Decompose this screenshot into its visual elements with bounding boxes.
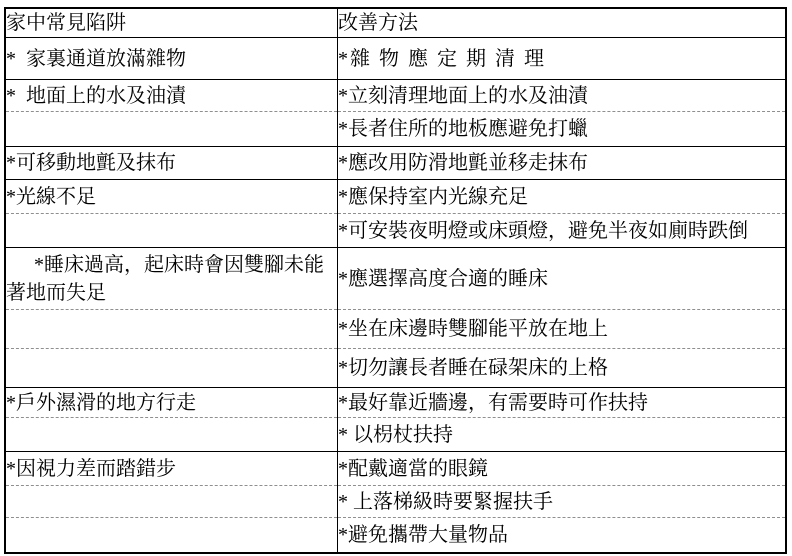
trap-cell (5, 486, 338, 518)
method-cell: *坐在床邊時雙腳能平放在地上 (338, 310, 787, 349)
trap-cell (5, 518, 338, 553)
method-cell: *最好靠近牆邊，有需要時可作扶持 (338, 388, 787, 418)
method-cell: *可安裝夜明燈或床頭燈，避免半夜如廁時跌倒 (338, 214, 787, 248)
method-cell: *配戴適當的眼鏡 (338, 452, 787, 486)
trap-cell: *戶外濕滑的地方行走 (5, 388, 338, 418)
table-row: *可移動地氈及抹布 *應改用防滑地氈並移走抹布 (5, 147, 786, 180)
table-header-row: 家中常見陷阱 改善方法 (5, 8, 786, 38)
method-column-header: 改善方法 (338, 8, 787, 38)
document-page: 家中常見陷阱 改善方法 * 家裏通道放滿雜物 *雜 物 應 定 期 清 理 * … (4, 7, 787, 554)
trap-cell: *睡床過高，起床時會因雙腳未能 著地而失足 (5, 248, 338, 310)
table-row: *因視力差而踏錯步 *配戴適當的眼鏡 (5, 452, 786, 486)
method-cell: *應保持室内光線充足 (338, 180, 787, 214)
trap-cell: * 家裏通道放滿雜物 (5, 38, 338, 80)
table-row: *睡床過高，起床時會因雙腳未能 著地而失足 *應選擇高度合適的睡床 (5, 248, 786, 310)
method-cell: *應改用防滑地氈並移走抹布 (338, 147, 787, 180)
trap-cell (5, 349, 338, 388)
trap-cell (5, 418, 338, 452)
table-row: * 家裏通道放滿雜物 *雜 物 應 定 期 清 理 (5, 38, 786, 80)
table-row: *坐在床邊時雙腳能平放在地上 (5, 310, 786, 349)
table-row: * 地面上的水及油漬 *立刻清理地面上的水及油漬 (5, 80, 786, 112)
trap-cell (5, 112, 338, 147)
method-cell: *避免攜帶大量物品 (338, 518, 787, 553)
table-row: *戶外濕滑的地方行走 *最好靠近牆邊，有需要時可作扶持 (5, 388, 786, 418)
table-row: * 上落梯級時要緊握扶手 (5, 486, 786, 518)
trap-cell: *因視力差而踏錯步 (5, 452, 338, 486)
method-cell: *應選擇高度合適的睡床 (338, 248, 787, 310)
home-hazards-table: 家中常見陷阱 改善方法 * 家裏通道放滿雜物 *雜 物 應 定 期 清 理 * … (4, 7, 787, 554)
trap-column-header: 家中常見陷阱 (5, 8, 338, 38)
table-row: * 以枴杖扶持 (5, 418, 786, 452)
method-cell: *長者住所的地板應避免打蠟 (338, 112, 787, 147)
table-row: *可安裝夜明燈或床頭燈，避免半夜如廁時跌倒 (5, 214, 786, 248)
trap-cell: * 地面上的水及油漬 (5, 80, 338, 112)
trap-cell (5, 310, 338, 349)
table-row: *長者住所的地板應避免打蠟 (5, 112, 786, 147)
trap-cell: *可移動地氈及抹布 (5, 147, 338, 180)
table-row: *避免攜帶大量物品 (5, 518, 786, 553)
method-cell: * 以枴杖扶持 (338, 418, 787, 452)
method-cell: *切勿讓長者睡在碌架床的上格 (338, 349, 787, 388)
table-row: *切勿讓長者睡在碌架床的上格 (5, 349, 786, 388)
table-row: *光線不足 *應保持室内光線充足 (5, 180, 786, 214)
method-cell: * 上落梯級時要緊握扶手 (338, 486, 787, 518)
trap-cell: *光線不足 (5, 180, 338, 214)
method-cell: *立刻清理地面上的水及油漬 (338, 80, 787, 112)
trap-cell (5, 214, 338, 248)
method-cell: *雜 物 應 定 期 清 理 (338, 38, 787, 80)
